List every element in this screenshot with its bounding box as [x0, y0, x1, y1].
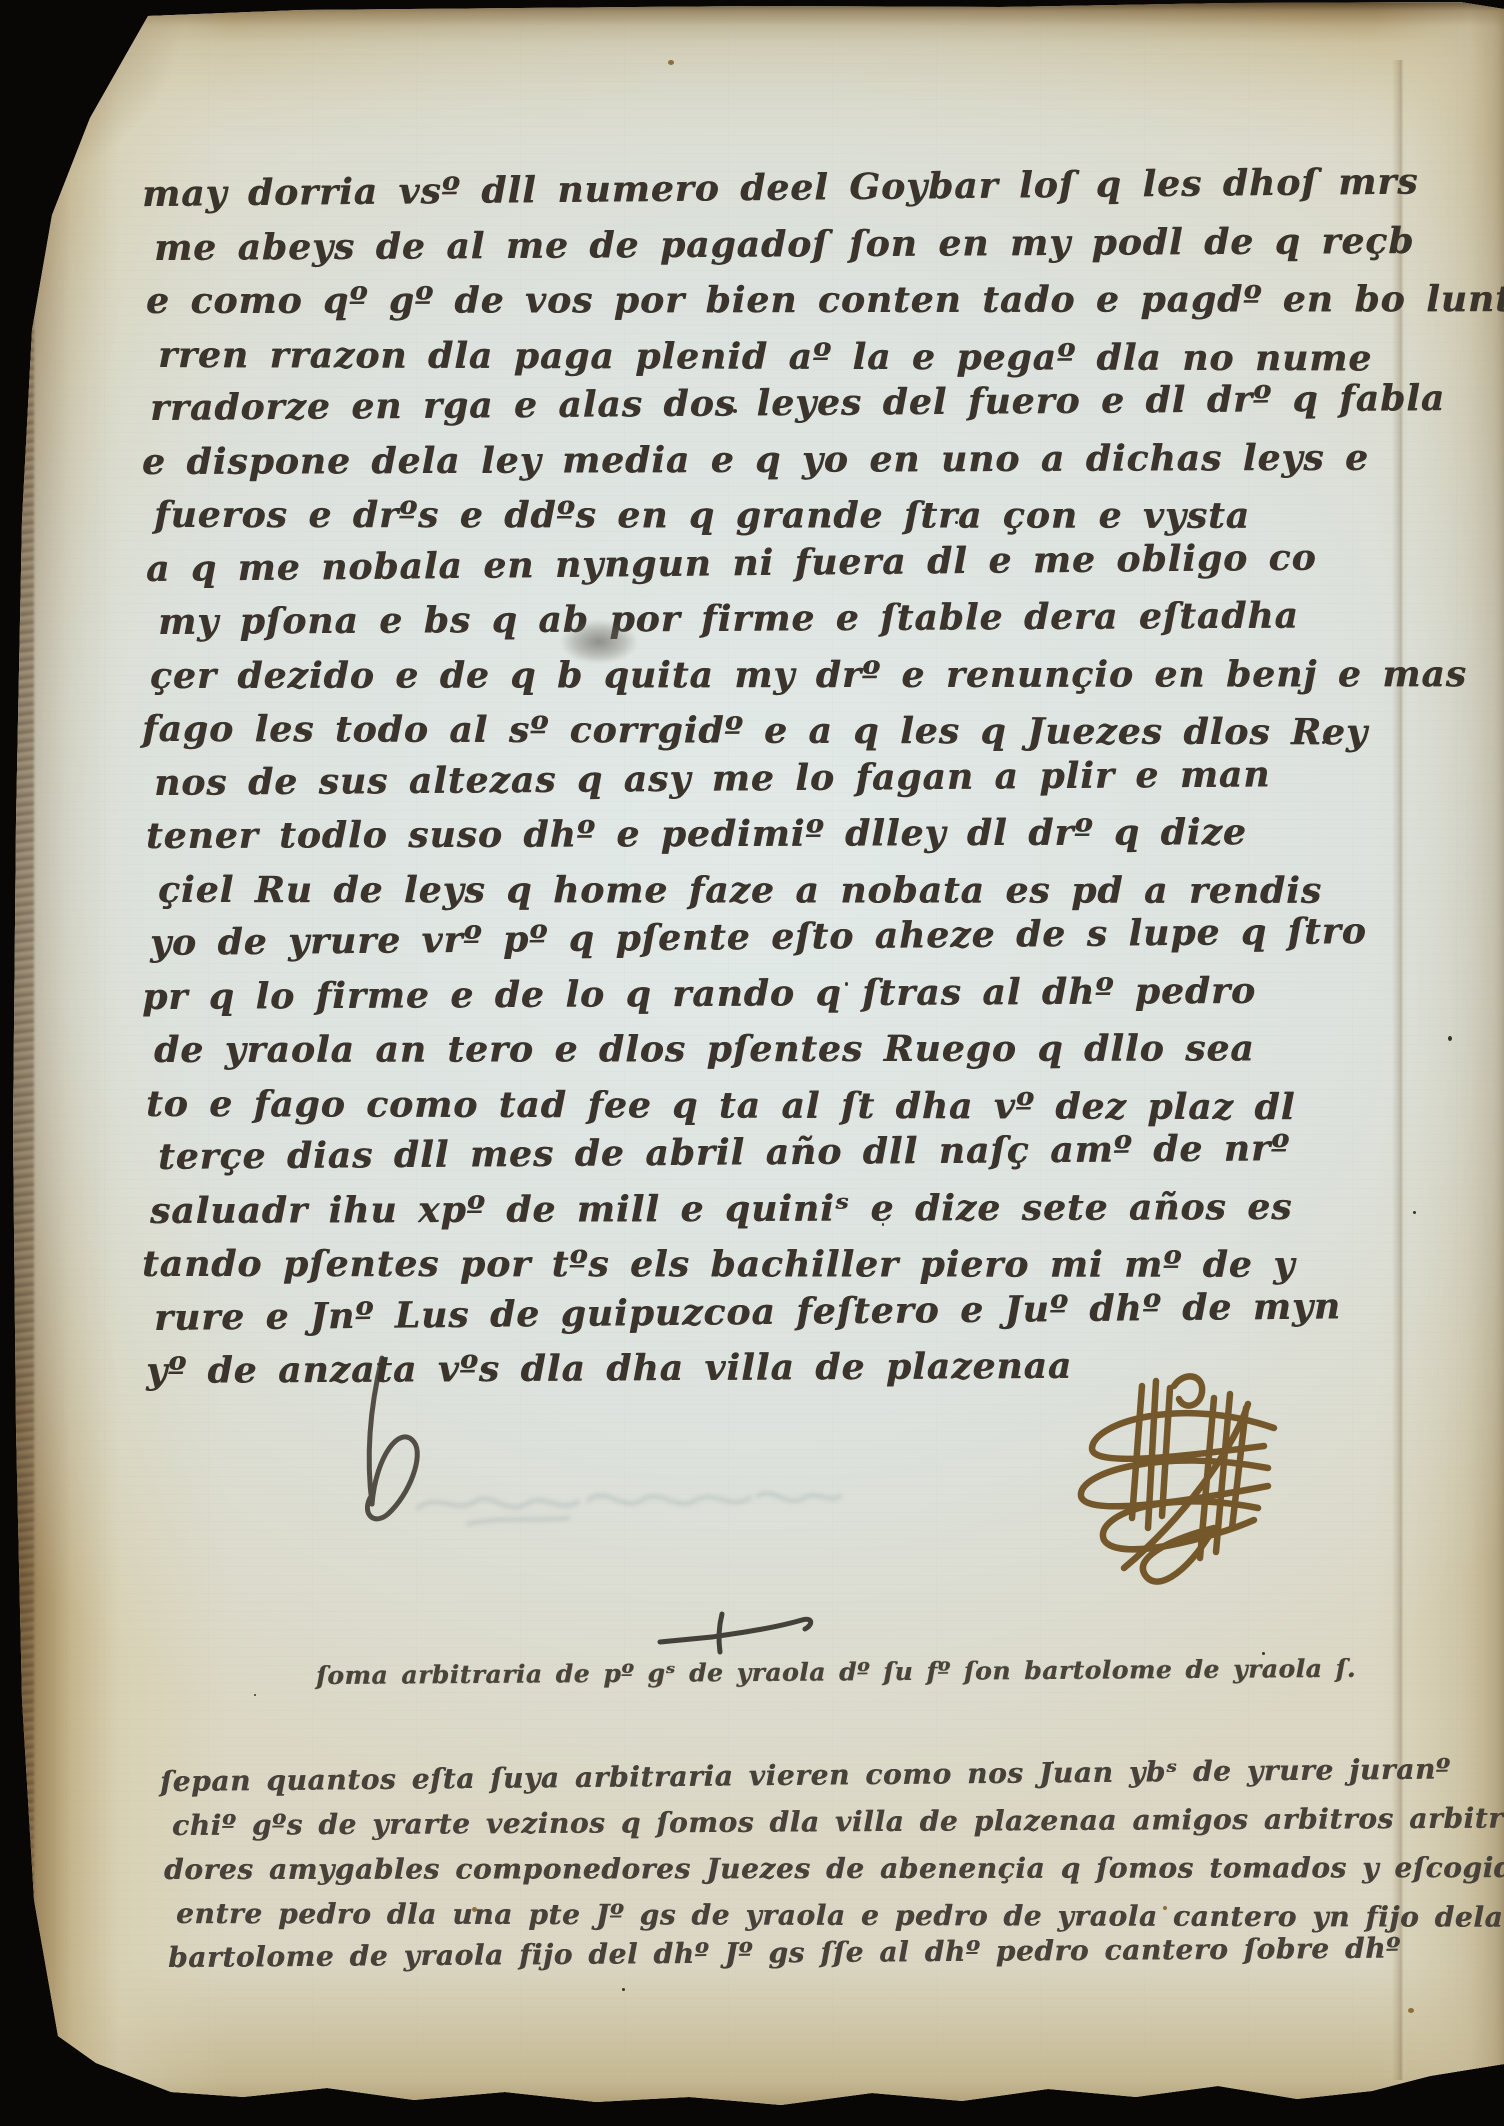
speck: [1262, 1652, 1265, 1655]
manuscript-page: may dorria vsº dll numero deel Goybar lo…: [0, 0, 1504, 2126]
speck: [1163, 1906, 1167, 1910]
speck: [1052, 1761, 1054, 1763]
manuscript-line: e dispone dela ley media e q yo en uno a…: [142, 431, 1442, 489]
speck: [1413, 1211, 1416, 1214]
signature-rubric-icon: [1062, 1366, 1300, 1602]
speck: [1408, 2008, 1414, 2013]
manuscript-line: chiº gºs de yrarte vezinos q ſomos dla v…: [172, 1797, 1502, 1848]
manuscript-line: ſepan quantos eſta ſuya arbitraria viere…: [160, 1747, 1490, 1804]
manuscript-line: bartolome de yraola fijo del dhº Jº gs ſ…: [168, 1926, 1498, 1980]
manuscript-line: çer dezido e de q b quita my drº e renun…: [150, 648, 1450, 703]
bottom-text-block: ſepan quantos eſta ſuya arbitraria viere…: [168, 1760, 1498, 1980]
bottom-edge-shade: [0, 1956, 1504, 2126]
speck: [472, 1907, 477, 1912]
speck: [1448, 1036, 1452, 1041]
manuscript-line: pr q lo firme e de lo q rando q ſtras al…: [142, 963, 1442, 1024]
manuscript-line: saluadr ihu xpº de mill e quiniˢ e dize …: [150, 1180, 1450, 1238]
speck: [882, 1223, 884, 1226]
speck: [955, 521, 958, 524]
photo-background: { "page": { "background_color": "#090706…: [0, 0, 1504, 2126]
manuscript-line: e como qº gº de vos por bien conten tado…: [146, 273, 1446, 328]
heading-line: ſoma arbitraria de pº gˢ de yraola dº ſu…: [316, 1655, 1216, 1690]
speck: [668, 60, 674, 65]
manuscript-line: terçe dias dll mes de abril año dll naſç…: [158, 1121, 1458, 1184]
manuscript-line: tener todlo suso dhº e pedimiº dlley dl …: [146, 805, 1446, 863]
manuscript-line: may dorria vsº dll numero deel Goybar lo…: [142, 155, 1442, 221]
speck: [622, 1988, 625, 1991]
speck: [1322, 741, 1325, 744]
manuscript-line: me abeys de al me de pagadoſ ſon en my p…: [154, 214, 1454, 275]
binding-gutter-edge: [0, 0, 34, 2126]
main-text-block: may dorria vsº dll numero deel Goybar lo…: [150, 168, 1450, 1399]
speck: [845, 982, 848, 986]
cross-mark-icon: [652, 1606, 832, 1662]
speck: [254, 1694, 256, 1696]
top-deckle-edge: [120, 2, 1504, 28]
manuscript-line: my pſona e bs q ab por firme e ſtable de…: [158, 589, 1458, 650]
manuscript-line: yo de yrure vrº pº q pſente eſto aheze d…: [150, 904, 1450, 970]
ink-stain: [560, 620, 638, 664]
manuscript-line: de yraola an tero e dlos pſentes Ruego q…: [154, 1022, 1454, 1077]
speck: [733, 409, 737, 413]
manuscript-line: rradorze en rga e alas dos leyes del fue…: [150, 372, 1450, 435]
manuscript-line: nos de sus altezas q asy me lo fagan a p…: [154, 746, 1454, 809]
bleedthrough-ghost-text: [408, 1462, 848, 1546]
speck: [307, 1044, 310, 1047]
manuscript-line: dores amygables componedores Juezes de a…: [164, 1846, 1494, 1892]
